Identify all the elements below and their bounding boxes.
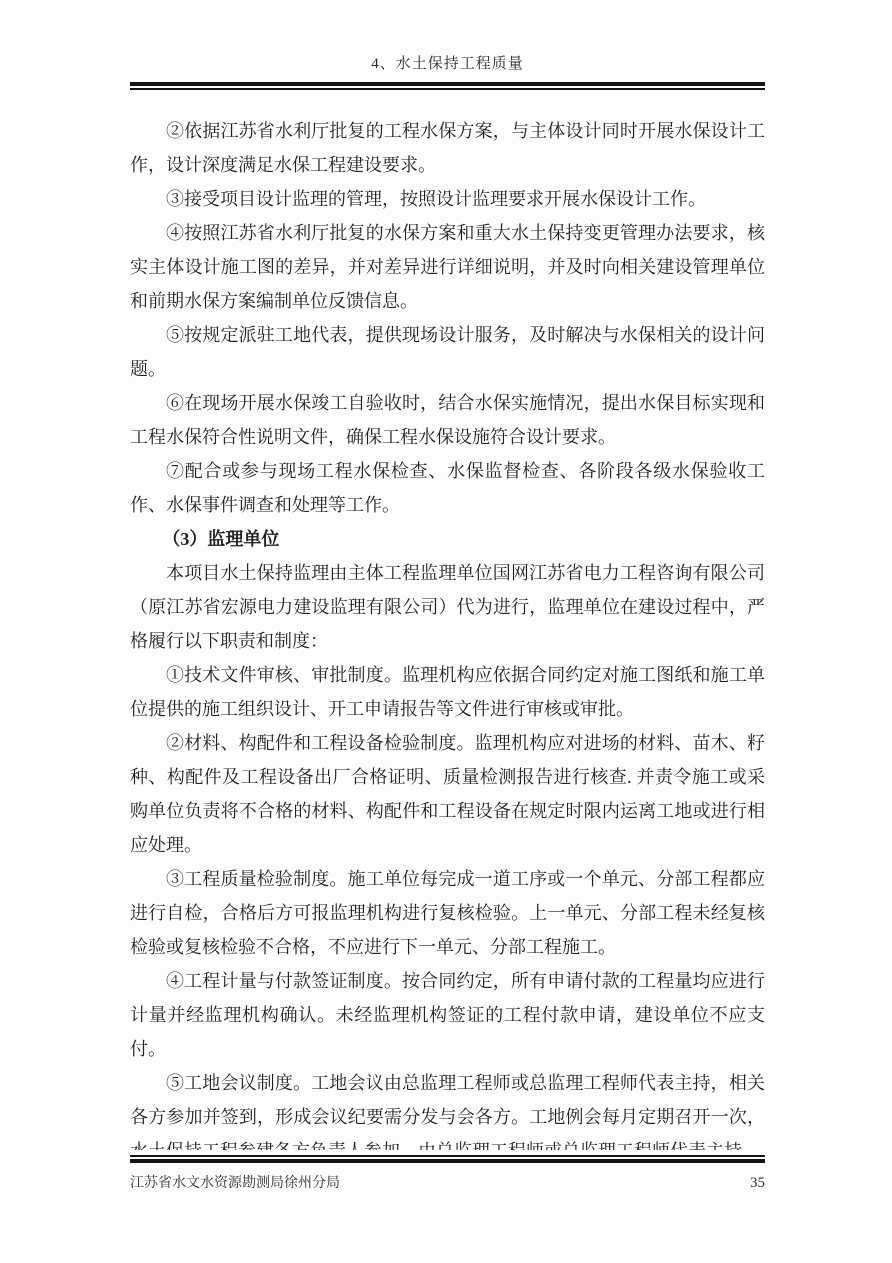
paragraph-supervision-rule-2: ②材料、构配件和工程设备检验制度。监理机构应对进场的材料、苗木、籽种、构配件及工… — [130, 726, 765, 862]
paragraph-design-duty-6: ⑥在现场开展水保竣工自验收时，结合水保实施情况，提出水保目标实现和工程水保符合性… — [130, 386, 765, 454]
section-heading-supervision-unit: （3）监理单位 — [130, 522, 765, 556]
paragraph-supervision-rule-4: ④工程计量与付款签证制度。按合同约定，所有申请付款的工程量均应进行计量并经监理机… — [130, 964, 765, 1066]
paragraph-design-duty-7: ⑦配合或参与现场工程水保检查、水保监督检查、各阶段各级水保验收工作、水保事件调查… — [130, 454, 765, 522]
paragraph-design-duty-3: ③接受项目设计监理的管理，按照设计监理要求开展水保设计工作。 — [130, 182, 765, 216]
page-footer: 江苏省水文水资源勘测局徐州分局 35 — [130, 1155, 765, 1192]
paragraph-design-duty-2: ②依据江苏省水利厅批复的工程水保方案，与主体设计同时开展水保设计工作，设计深度满… — [130, 114, 765, 182]
footer-double-rule — [130, 1155, 765, 1163]
document-body: ②依据江苏省水利厅批复的工程水保方案，与主体设计同时开展水保设计工作，设计深度满… — [130, 100, 765, 1150]
paragraph-supervision-rule-3: ③工程质量检验制度。施工单位每完成一道工序或一个单元、分部工程都应进行自检，合格… — [130, 862, 765, 964]
paragraph-design-duty-5: ⑤按规定派驻工地代表，提供现场设计服务，及时解决与水保相关的设计问题。 — [130, 318, 765, 386]
paragraph-supervision-rule-5: ⑤工地会议制度。工地会议由总监理工程师或总监理工程师代表主持，相关各方参加并签到… — [130, 1066, 765, 1150]
page-number: 35 — [750, 1175, 765, 1192]
paragraph-supervision-intro: 本项目水土保持监理由主体工程监理单位国网江苏省电力工程咨询有限公司（原江苏省宏源… — [130, 556, 765, 658]
page-header: 4、水土保持工程质量 — [130, 0, 765, 90]
footer-row: 江苏省水文水资源勘测局徐州分局 35 — [130, 1172, 765, 1192]
paragraph-design-duty-4: ④按照江苏省水利厅批复的水保方案和重大水土保持变更管理办法要求，核实主体设计施工… — [130, 216, 765, 318]
document-page: 4、水土保持工程质量 ②依据江苏省水利厅批复的工程水保方案，与主体设计同时开展水… — [0, 0, 892, 1263]
footer-organization: 江苏省水文水资源勘测局徐州分局 — [130, 1172, 340, 1192]
header-double-rule — [130, 82, 765, 90]
paragraph-supervision-rule-1: ①技术文件审核、审批制度。监理机构应依据合同约定对施工图纸和施工单位提供的施工组… — [130, 658, 765, 726]
running-header-title: 4、水土保持工程质量 — [130, 0, 765, 73]
